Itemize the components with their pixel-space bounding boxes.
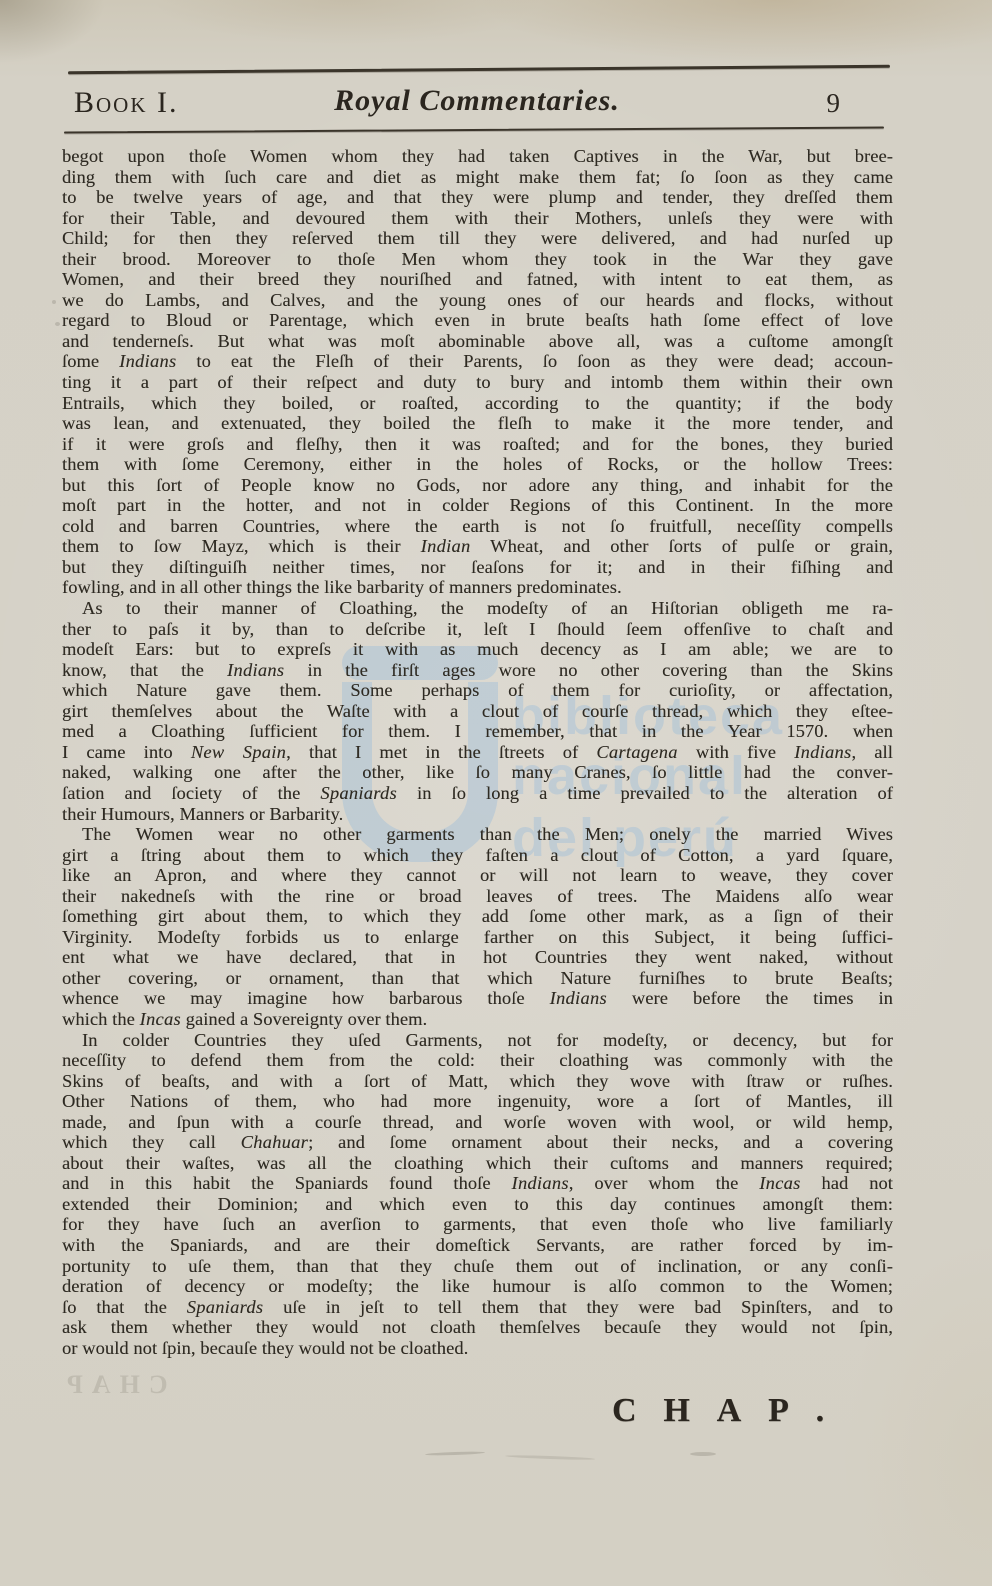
text-line: ther to paſs it by, than to deſcribe it,… [62,619,893,640]
paragraph: The Women wear no other garments than th… [62,824,893,1029]
top-rule [68,65,890,74]
text-line: ſation and ſociety of the Spaniards in ſ… [62,783,893,804]
text-line: whence we may imagine how barbarous thoſ… [62,988,893,1009]
text-line: to be twelve years of age, and that they… [62,187,893,208]
scanned-book-page: biblioteca nacional del perú Book I. Roy… [0,0,992,1586]
text-line: for their Table, and devoured them with … [62,208,893,229]
text-line: with the Spaniards, and are their domeſt… [62,1235,893,1256]
text-line: we do Lambs, and Calves, and the young o… [62,290,893,311]
text-line: ent what we have declared, that in hot C… [62,947,893,968]
text-line: ſome Indians to eat the Fleſh of their P… [62,351,893,372]
text-line: Virginity. Modeſty forbids us to enlarge… [62,927,893,948]
text-line: moſt part in the hotter, and not in cold… [62,495,893,516]
paragraph: begot upon thoſe Women whom they had tak… [62,146,893,598]
text-line: Skins of beaſts, and with a ſort of Matt… [62,1071,893,1092]
text-line: know, that the Indians in the firſt ages… [62,660,893,681]
text-line: which they call Chahuar; and ſome orname… [62,1132,893,1153]
text-line: for they have ſuch an averſion to garmen… [62,1214,893,1235]
body-text: begot upon thoſe Women whom they had tak… [62,146,893,1358]
text-line: them with ſome Ceremony, either in the h… [62,454,893,475]
page-title: Royal Commentaries. [62,84,892,118]
text-line: cold and barren Countries, where the ear… [62,516,893,537]
text-line: if it were groſs and fleſhy, then it was… [62,434,893,455]
text-line: Women, and their breed they nouriſhed an… [62,269,893,290]
text-line: girt a ſtring about them to which they f… [62,845,893,866]
text-line: was lean, and extenuated, they boiled th… [62,413,893,434]
text-line: their nakedneſs with the rine or broad l… [62,886,893,907]
text-line: about their waſtes, was all the cloathin… [62,1153,893,1174]
text-line: naked, walking one after the other, like… [62,762,893,783]
text-line: or would not ſpin, becauſe they would no… [62,1338,893,1359]
text-line: fowling, and in all other things the lik… [62,577,893,598]
text-line: Child; for then they reſerved them till … [62,228,893,249]
text-line: ſo that the Spaniards uſe in jeſt to tel… [62,1297,893,1318]
text-line: which Nature gave them. Some perhaps of … [62,680,893,701]
text-line: and tenderneſs. But what was moſt abomin… [62,331,893,352]
text-line: begot upon thoſe Women whom they had tak… [62,146,893,167]
paragraph: In colder Countries they uſed Garments, … [62,1030,893,1359]
smudge-mark [505,1454,595,1460]
text-line: deration of decency or modeſty; the like… [62,1276,893,1297]
text-line: made, and ſpun with a courſe thread, and… [62,1112,893,1133]
text-line: extended their Dominion; and which even … [62,1194,893,1215]
text-line: ding them with ſuch care and diet as mig… [62,167,893,188]
text-line: their Humours, Manners or Barbarity. [62,804,893,825]
header-rule [64,126,884,133]
text-line: which the Incas gained a Sovereignty ove… [62,1009,893,1030]
text-line: As to their manner of Cloathing, the mod… [62,598,893,619]
page-number: 9 [827,88,841,119]
text-line: like an Apron, and where they cannot or … [62,865,893,886]
text-line: portunity to uſe them, than that they ch… [62,1256,893,1277]
running-head: Book I. Royal Commentaries. 9 [62,84,892,126]
smudge-mark [425,1451,485,1456]
ghost-catchword: CHAP [58,1370,168,1400]
text-line: ting it a part of their reſpect and duty… [62,372,893,393]
text-line: ſomething girt about them, to which they… [62,906,893,927]
text-line: modeſt Ears: but to expreſs it with as m… [62,639,893,660]
smudge-mark [690,1452,716,1456]
text-line: Other Nations of them, who had more inge… [62,1091,893,1112]
text-line: but they diſtinguiſh neither times, nor … [62,557,893,578]
text-line: their brood. Moreover to thoſe Men whom … [62,249,893,270]
text-line: In colder Countries they uſed Garments, … [62,1030,893,1051]
text-line: other covering, or ornament, than that w… [62,968,893,989]
text-line: I came into New Spain, that I met in the… [62,742,893,763]
text-line: them to ſow Mayz, which is their Indian … [62,536,893,557]
text-line: med a Cloathing ſufficient for them. I r… [62,721,893,742]
text-line: regard to Bloud or Parentage, which even… [62,310,893,331]
text-line: The Women wear no other garments than th… [62,824,893,845]
text-line: ask them whether they would not cloath t… [62,1317,893,1338]
text-line: but this ſort of People know no Gods, no… [62,475,893,496]
ink-speck [52,300,56,304]
catchword: C H A P . [612,1392,836,1430]
text-line: Entrails, which they boiled, or roaſted,… [62,393,893,414]
ink-speck [55,322,60,326]
text-line: girt themſelves about the Waſte with a c… [62,701,893,722]
paragraph: As to their manner of Cloathing, the mod… [62,598,893,824]
text-line: and in this habit the Spaniards found th… [62,1173,893,1194]
text-line: neceſſity to defend them from the cold: … [62,1050,893,1071]
